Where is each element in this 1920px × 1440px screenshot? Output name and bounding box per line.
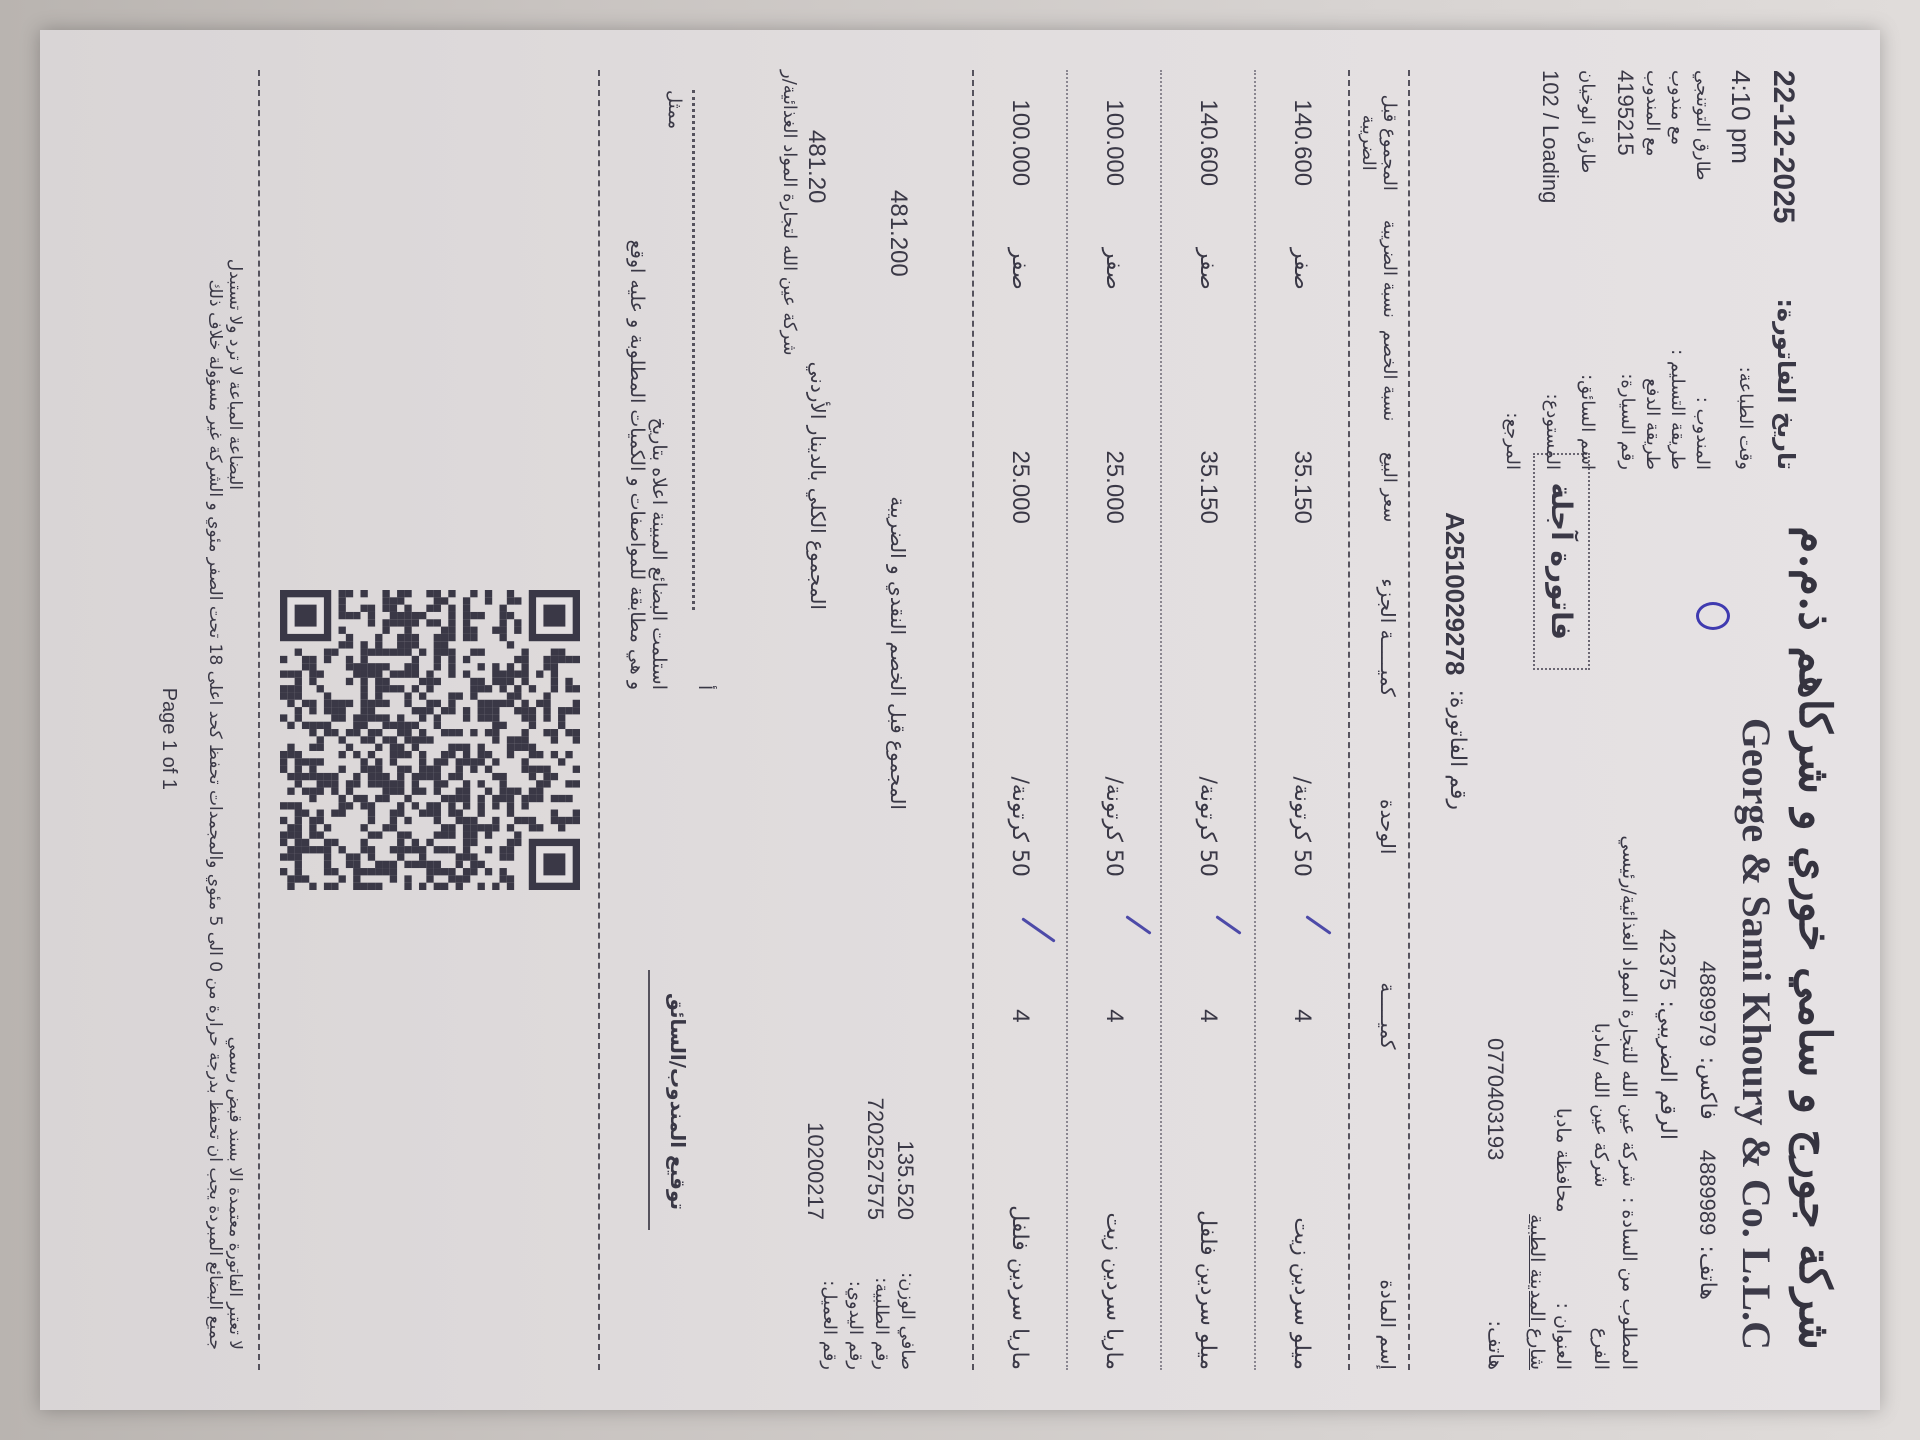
table-row: ميلو سردين زيت450 كرتونة/35.150صفر140.60… (1256, 70, 1348, 1370)
footer-divider (258, 70, 260, 1370)
customer-block: المطلوب من السادة : شركة عين الله للتجار… (1482, 690, 1640, 1370)
vehicle-label: رقم السيارة: (1612, 373, 1638, 470)
payment-method-value: مع المندوب (1642, 70, 1663, 156)
order-no: 7202527575 (860, 1098, 890, 1220)
table-row: ماريا سردين زيت450 كرتونة/25.000صفر100.0… (1068, 70, 1160, 1370)
cell-price: 25.000 (1100, 429, 1128, 545)
header-qty: كميـــــة (1358, 924, 1400, 1108)
tax-value: 42375 (1654, 929, 1680, 990)
cell-unit: 50 كرتونة/ (1008, 730, 1033, 924)
cell-unit: 50 كرتونة/ (1290, 730, 1315, 924)
print-time-label: وقت الطباعة: (1725, 367, 1756, 470)
note-line-2: جميع البضائع المبردة يجب ان تحفظ بدرجة ح… (205, 110, 225, 1350)
invoice-page: شركة جورج و سامي خوري و شركاهم ذ.م.م Geo… (40, 30, 1880, 1410)
manual-no (830, 1098, 860, 1220)
row-divider (1160, 70, 1162, 1370)
vehicle-value: 4195215 (1612, 70, 1638, 156)
order-no-label: رقم الطلبية: (868, 1230, 894, 1370)
table-header: إسم المادة كميـــــة الوحدة كميـــــة ال… (1350, 70, 1408, 1370)
cell-total: 140.600 (1288, 70, 1316, 216)
cell-item-name: ميلو سردين فلفل (1196, 1108, 1221, 1370)
invoice-type-badge: فاتورة آجلة (1533, 453, 1590, 671)
customer-no: 10200217 (800, 1098, 830, 1220)
invoice-number-label: رقم الفاتورة: (1439, 690, 1470, 810)
branch-value: شركة عين الله /مادبا (1590, 1023, 1612, 1188)
net-weight: 135.520 (890, 1098, 920, 1220)
tax-label: الرقم الضريبي: (1654, 1000, 1680, 1140)
company-name-english: George & Sami Khoury & Co. L.L.C (1733, 718, 1780, 1350)
invoice-number-value: A2510029278 (1439, 512, 1470, 675)
note-line-3: البضاعة المباعة لا ترد ولا تستبدل (225, 110, 245, 490)
header-tax: نسبة الضريبة (1358, 216, 1400, 323)
table-top-divider (1408, 70, 1410, 1370)
header-price: سعر البيع (1358, 429, 1400, 545)
header-part-qty: كميـــــة الجزء (1358, 545, 1400, 729)
company-contact: هاتف: 4889989 فاكس: 4889979 (1694, 961, 1720, 1300)
cell-unit: 50 كرتونة/ (1102, 730, 1127, 924)
table-body: ميلو سردين زيت450 كرتونة/35.150صفر140.60… (974, 70, 1348, 1370)
net-weight-label: صافي الوزن: (894, 1230, 920, 1370)
received-text-1: استلمت البضائع المبينة اعلاه بتاريخ (648, 130, 670, 690)
customer-phone: 0770403193 (1482, 1038, 1508, 1160)
cell-qty: 4 (1100, 924, 1128, 1108)
header-unit: الوحدة (1358, 730, 1400, 924)
table-bottom-divider (972, 70, 974, 1370)
manual-no-label: رقم اليدوي: (842, 1230, 868, 1370)
cell-total: 100.000 (1100, 70, 1128, 216)
header-item-name: إسم المادة (1358, 1108, 1400, 1370)
grand-total-label: المجموع الكلي بالدينار الأردني (806, 362, 830, 610)
cell-price: 25.000 (1006, 429, 1034, 545)
delivery-method-value: مع مندوب (1667, 70, 1688, 145)
representative-label: ممثل (664, 90, 685, 129)
header-total: المجموع قبل الضريبة (1358, 70, 1400, 216)
received-text-2: و هي مطابقة للمواصفات و الكميات المطلوبة… (626, 130, 648, 690)
signature-divider (598, 70, 600, 1370)
subtotal-label: المجموع قبل الخصم النقدي و الضريبة (886, 496, 910, 810)
cell-unit: 50 كرتونة/ (1196, 730, 1221, 924)
cell-total: 140.600 (1194, 70, 1222, 216)
signature-line (648, 970, 650, 1230)
cell-item-name: ميلو سردين زيت (1290, 1108, 1315, 1370)
company-phone: 4889989 (1694, 1150, 1720, 1236)
items-table: إسم المادة كميـــــة الوحدة كميـــــة ال… (972, 70, 1410, 1370)
address-label: العنوان : (1552, 1303, 1574, 1370)
table-row: ماريا سردين فلفل450 كرتونة/25.000صفر100.… (974, 70, 1066, 1370)
cell-qty: 4 (1194, 924, 1222, 1108)
representative-line: شركة عين الله لتجارة المواد الغذائية/ر (686, 90, 695, 610)
representative-dotted-line (692, 90, 695, 610)
summary-values: 135.520 7202527575 10200217 (800, 1098, 920, 1220)
qr-code (280, 590, 580, 890)
warehouse-value: 102 / Loading (1537, 70, 1563, 203)
date-label: تاريخ الفاتورة: (1766, 298, 1800, 470)
cell-qty: 4 (1288, 924, 1316, 1108)
invoice-number: رقم الفاتورة: A2510029278 (1439, 512, 1470, 810)
requested-from-label: المطلوب من السادة : (1618, 1197, 1640, 1370)
address-line1: محافظة مادبا (1552, 1108, 1574, 1213)
phone-label: هاتف: (1694, 1245, 1720, 1300)
photo-background: شركة جورج و سامي خوري و شركاهم ذ.م.م Geo… (0, 0, 1920, 1440)
cell-tax: صفر (1102, 216, 1127, 323)
table-row: ميلو سردين فلفل450 كرتونة/35.150صفر140.6… (1162, 70, 1254, 1370)
cell-price: 35.150 (1194, 429, 1222, 545)
warehouse-label: المستودع: (1537, 394, 1563, 471)
rep-label: المندوب : (1692, 397, 1713, 470)
row-divider (1254, 70, 1256, 1370)
company-fax: 4889979 (1694, 961, 1720, 1047)
branch-label: الفرع (1590, 1328, 1612, 1371)
tax-number: الرقم الضريبي: 42375 (1654, 929, 1680, 1140)
summary-section: صافي الوزن: رقم الطلبية: رقم اليدوي: رقم… (720, 70, 920, 1370)
subtotal-value: 481.200 (884, 190, 912, 277)
invoice-date: 22-12-2025 (1766, 70, 1800, 223)
cell-qty: 4 (1006, 924, 1034, 1108)
customer-no-label: رقم العميل: (816, 1230, 842, 1370)
grand-total-in-words: شركة عين الله لتجارة المواد الغذائية/ر (779, 70, 800, 356)
grand-total-value: 481.20 (802, 130, 830, 203)
address-line2: شارع المدينة الطبية (1526, 690, 1548, 1370)
cell-tax: صفر (1196, 216, 1221, 323)
driver-value: طارق الوخيان (1577, 70, 1598, 173)
cell-tax: صفر (1008, 216, 1033, 323)
table-header-divider (1348, 70, 1350, 1370)
header-discount: نسبة الخصم (1358, 322, 1400, 429)
rep-value: طارق التوتنجي (1692, 70, 1713, 180)
rep-driver-signature-label: توقيع المندوب/السائق (666, 993, 690, 1210)
company-name-arabic: شركة جورج و سامي خوري و شركاهم ذ.م.م (1789, 526, 1840, 1350)
customer-phone-label: هاتف: (1482, 1320, 1508, 1370)
received-statement: استلمت البضائع المبينة اعلاه بتاريخ و هي… (626, 130, 670, 690)
received-block: أ (694, 685, 715, 690)
pen-circle-mark-icon (1696, 602, 1730, 630)
invoice-meta: تاريخ الفاتورة: 22-12-2025 وقت الطباعة: … (1502, 70, 1800, 470)
bracket-mark: أ (694, 685, 715, 690)
cell-tax: صفر (1290, 216, 1315, 323)
row-divider (1066, 70, 1068, 1370)
reference-label: المرجع: (1502, 412, 1523, 470)
delivery-method-label: طريقة التسليم : (1667, 349, 1688, 470)
payment-method-label: طريقة الدفع (1642, 378, 1663, 470)
cell-price: 35.150 (1288, 429, 1316, 545)
page-indicator: Page 1 of 1 (157, 688, 180, 790)
driver-label: اسم السائق: (1577, 374, 1598, 470)
summary-labels: صافي الوزن: رقم الطلبية: رقم اليدوي: رقم… (816, 1230, 920, 1370)
cell-item-name: ماريا سردين فلفل (1008, 1108, 1033, 1370)
requested-from-value: شركة عين الله للتجارة المواد الغذائية/رئ… (1618, 835, 1640, 1187)
fax-label: فاكس: (1694, 1057, 1720, 1120)
print-time: 4:10 pm (1725, 70, 1756, 164)
cell-total: 100.000 (1006, 70, 1034, 216)
cell-item-name: ماريا سردين زيت (1102, 1108, 1127, 1370)
